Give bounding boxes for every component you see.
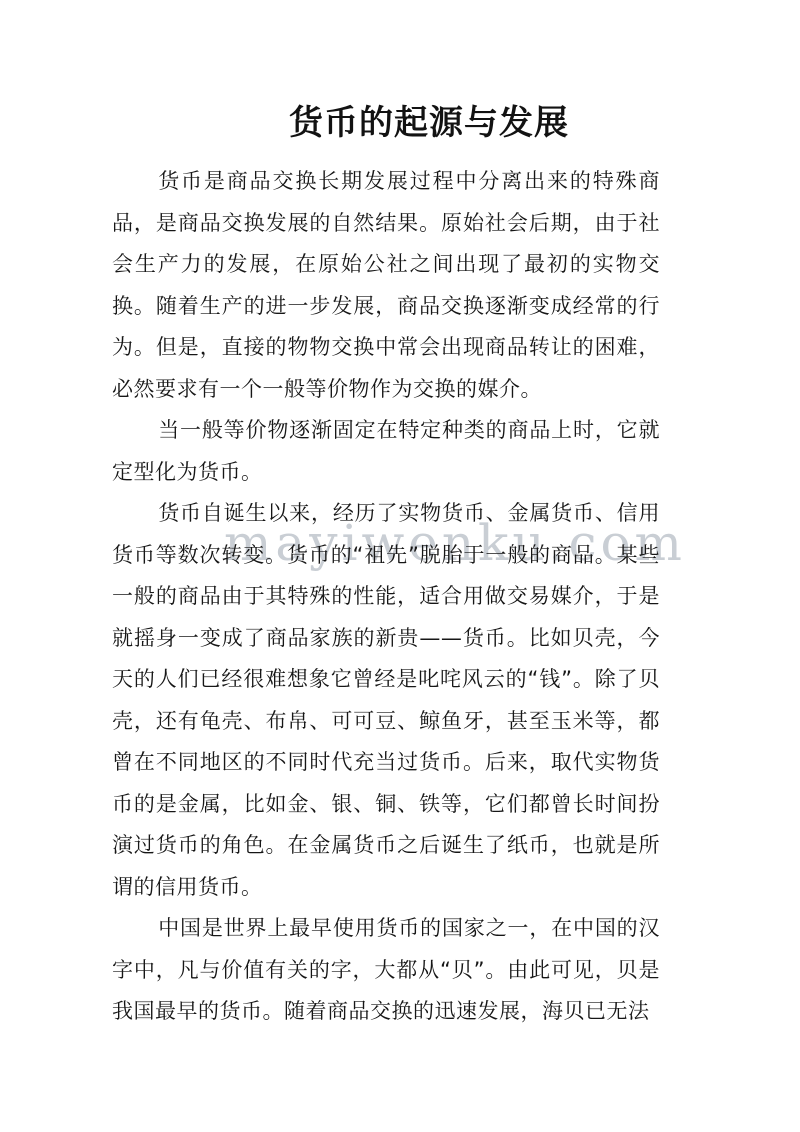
paragraph-3: 货币自诞生以来，经历了实物货币、金属货币、信用货币等数次转变。货币的“祖先”脱胎…	[112, 493, 660, 908]
document-page: mayiwenku.com 货币的起源与发展 货币是商品交换长期发展过程中分离出…	[0, 0, 800, 1132]
paragraph-4: 中国是世界上最早使用货币的国家之一，在中国的汉字中，凡与价值有关的字，大都从“贝…	[112, 908, 660, 1033]
document-body: 货币是商品交换长期发展过程中分离出来的特殊商品，是商品交换发展的自然结果。原始社…	[112, 161, 660, 1033]
page-title: 货币的起源与发展	[155, 0, 703, 145]
paragraph-2: 当一般等价物逐渐固定在特定种类的商品上时，它就定型化为货币。	[112, 410, 660, 493]
paragraph-1: 货币是商品交换长期发展过程中分离出来的特殊商品，是商品交换发展的自然结果。原始社…	[112, 161, 660, 410]
